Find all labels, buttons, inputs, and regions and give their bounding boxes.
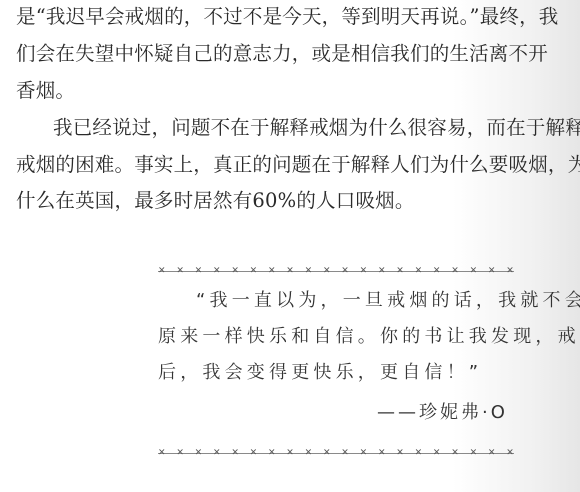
ornament-knot-icon: ✕ [415,266,423,276]
quote-attribution: ——珍妮弗·O [377,401,508,425]
ornament-knot-icon: ✕ [506,448,514,458]
paragraph-1-line-1: 是“我迟早会戒烟的，不过不是今天，等到明天再说。”最终，我 [16,4,559,30]
ornament-knot-icon: ✕ [250,266,258,276]
ornament-knot-icon: ✕ [451,266,459,276]
ornament-knot-icon: ✕ [305,448,313,458]
ornament-knot-icon: ✕ [433,448,441,458]
ornament-knot-icon: ✕ [268,266,276,276]
paragraph-1-line-2: 们会在失望中怀疑自己的意志力，或是相信我们的生活离不开 [16,41,548,67]
ornament-knot-icon: ✕ [396,448,404,458]
book-page: 是“我迟早会戒烟的，不过不是今天，等到明天再说。”最终，我 们会在失望中怀疑自己… [0,0,580,492]
paragraph-1-line-3: 香烟。 [16,78,75,104]
paragraph-2-line-2: 戒烟的困难。事实上，真正的问题在于解释人们为什么要吸烟，为 [16,152,580,178]
ornament-knot-icon: ✕ [213,448,221,458]
ornament-knot-icon: ✕ [360,266,368,276]
ornament-knot-icon: ✕ [231,266,239,276]
ornament-knot-icon: ✕ [195,266,203,276]
ornament-knot-icon: ✕ [378,448,386,458]
ornament-knot-icon: ✕ [470,266,478,276]
ornament-knot-icon: ✕ [158,448,166,458]
ornament-knot-icon: ✕ [158,266,166,276]
ornament-knot-icon: ✕ [451,448,459,458]
ornament-knot-icon: ✕ [360,448,368,458]
ornament-knot-icon: ✕ [470,448,478,458]
ornament-knot-icon: ✕ [396,266,404,276]
ornament-knot-icon: ✕ [176,448,184,458]
ornament-knot-icon: ✕ [323,266,331,276]
top-ornament-divider: ✕✕✕✕✕✕✕✕✕✕✕✕✕✕✕✕✕✕✕✕ [158,266,514,276]
ornament-knot-icon: ✕ [268,448,276,458]
ornament-knot-icon: ✕ [341,448,349,458]
paragraph-2-line-3: 什么在英国，最多时居然有60%的人口吸烟。 [16,188,415,214]
ornament-knot-icon: ✕ [378,266,386,276]
paragraph-2-line-1: 我已经说过，问题不在于解释戒烟为什么很容易，而在于解释 [53,115,580,141]
ornament-knot-icon: ✕ [213,266,221,276]
ornament-knot-icon: ✕ [286,448,294,458]
ornament-knot-icon: ✕ [488,266,496,276]
quote-line-3: 后，我会变得更快乐，更自信！” [158,361,482,385]
quote-line-1: “我一直以为，一旦戒烟的话，我就不会像 [196,289,580,313]
ornament-knot-icon: ✕ [506,266,514,276]
quote-line-2: 原来一样快乐和自信。你的书让我发现，戒烟之 [158,325,580,349]
ornament-knot-icon: ✕ [250,448,258,458]
ornament-knot-icon: ✕ [305,266,313,276]
bottom-ornament-divider: ✕✕✕✕✕✕✕✕✕✕✕✕✕✕✕✕✕✕✕✕ [158,448,514,458]
ornament-knot-icon: ✕ [195,448,203,458]
ornament-knot-icon: ✕ [415,448,423,458]
ornament-knot-icon: ✕ [433,266,441,276]
ornament-knot-icon: ✕ [286,266,294,276]
ornament-knot-icon: ✕ [488,448,496,458]
ornament-knot-icon: ✕ [176,266,184,276]
ornament-knot-icon: ✕ [231,448,239,458]
ornament-knot-icon: ✕ [323,448,331,458]
ornament-knot-icon: ✕ [341,266,349,276]
